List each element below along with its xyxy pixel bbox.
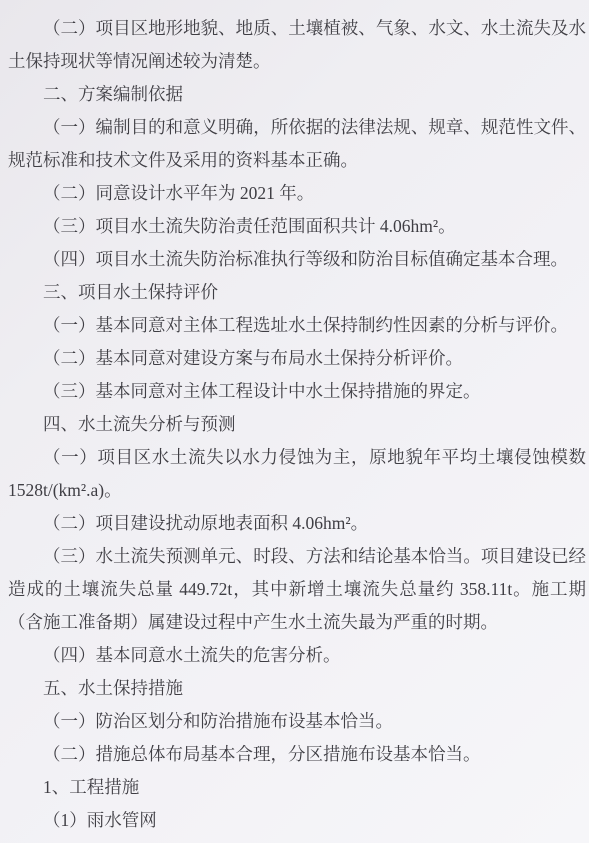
paragraph: （三）水土流失预测单元、时段、方法和结论基本恰当。项目建设已经造成的土壤流失总量… xyxy=(8,540,586,639)
section-heading: 五、水土保持措施 xyxy=(8,672,586,705)
document-page: （二）项目区地形地貌、地质、土壤植被、气象、水文、水土流失及水土保持现状等情况阐… xyxy=(0,0,589,843)
paragraph: （四）基本同意水土流失的危害分析。 xyxy=(8,639,586,672)
paragraph: （四）项目水土流失防治标准执行等级和防治目标值确定基本合理。 xyxy=(8,243,586,276)
paragraph: （一）项目区水土流失以水力侵蚀为主，原地貌年平均土壤侵蚀模数1528t/(km²… xyxy=(8,441,586,507)
section-heading: （1）雨水管网 xyxy=(8,804,586,837)
paragraph: （二）项目建设扰动原地表面积 4.06hm²。 xyxy=(8,507,586,540)
paragraph: （一）编制目的和意义明确，所依据的法律法规、规章、规范性文件、规范标准和技术文件… xyxy=(8,111,586,177)
paragraph: （二）项目区地形地貌、地质、土壤植被、气象、水文、水土流失及水土保持现状等情况阐… xyxy=(8,12,586,78)
section-heading: 二、方案编制依据 xyxy=(8,78,586,111)
paragraph: （三）基本同意对主体工程设计中水土保持措施的界定。 xyxy=(8,375,586,408)
section-heading: 1、工程措施 xyxy=(8,771,586,804)
section-heading: 四、水土流失分析与预测 xyxy=(8,408,586,441)
paragraph: （二）同意设计水平年为 2021 年。 xyxy=(8,177,586,210)
paragraph: （二）基本同意对建设方案与布局水土保持分析评价。 xyxy=(8,342,586,375)
document-content: （二）项目区地形地貌、地质、土壤植被、气象、水文、水土流失及水土保持现状等情况阐… xyxy=(0,0,589,837)
paragraph: （二）措施总体布局基本合理，分区措施布设基本恰当。 xyxy=(8,738,586,771)
paragraph: （一）基本同意对主体工程选址水土保持制约性因素的分析与评价。 xyxy=(8,309,586,342)
paragraph: （三）项目水土流失防治责任范围面积共计 4.06hm²。 xyxy=(8,210,586,243)
paragraph: （一）防治区划分和防治措施布设基本恰当。 xyxy=(8,705,586,738)
section-heading: 三、项目水土保持评价 xyxy=(8,276,586,309)
